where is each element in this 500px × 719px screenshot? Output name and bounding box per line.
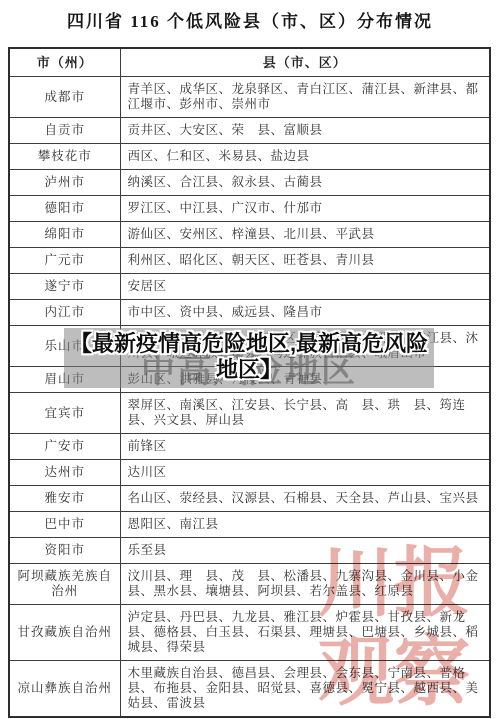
counties-cell: 前锋区: [120, 434, 490, 460]
counties-cell: 翠屏区、南溪区、江安县、长宁县、高 县、珙 县、筠连县、兴文县、屏山县: [120, 393, 490, 434]
city-cell: 泸州市: [9, 170, 120, 196]
table-row: 广安市 前锋区: [9, 434, 490, 460]
counties-cell: 西区、仁和区、米易县、盐边县: [120, 144, 490, 170]
counties-cell: 青羊区、成华区、龙泉驿区、青白江区、蒲江县、新津县、都江堰市、彭州市、崇州市: [120, 77, 490, 118]
watermark-overlay: 中高风险地区 【最新疫情高危险地区,最新高危风险 地区】: [64, 328, 434, 388]
city-cell: 绵阳市: [9, 222, 120, 248]
counties-cell: 乐至县: [120, 538, 490, 564]
header-city-column: 市（州）: [9, 48, 120, 77]
city-cell: 内江市: [9, 300, 120, 326]
city-cell: 巴中市: [9, 512, 120, 538]
table-row: 阿坝藏族羌族自治州 汶川县、理 县、茂 县、松潘县、九寨沟县、金川县、小金县、黑…: [9, 564, 490, 605]
table-row: 雅安市 名山区、荥经县、汉源县、石棉县、天全县、芦山县、宝兴县: [9, 486, 490, 512]
counties-cell: 安居区: [120, 274, 490, 300]
city-cell: 自贡市: [9, 118, 120, 144]
header-counties-column: 县（市、区）: [120, 48, 490, 77]
watermark-text-line1: 【最新疫情高危险地区,最新高危风险: [64, 331, 434, 357]
table-row: 资阳市 乐至县: [9, 538, 490, 564]
table-row: 凉山彝族自治州 木里藏族自治县、德昌县、会理县、会东县、宁南县、普格县、布拖县、…: [9, 661, 490, 718]
city-cell: 广元市: [9, 248, 120, 274]
counties-cell: 市中区、资中县、威远县、隆昌市: [120, 300, 490, 326]
city-cell: 成都市: [9, 77, 120, 118]
counties-cell: 罗江区、中江县、广汉市、什邡市: [120, 196, 490, 222]
city-cell: 凉山彝族自治州: [9, 661, 120, 718]
table-row: 成都市 青羊区、成华区、龙泉驿区、青白江区、蒲江县、新津县、都江堰市、彭州市、崇…: [9, 77, 490, 118]
city-cell: 资阳市: [9, 538, 120, 564]
watermark-text-line2: 地区】: [64, 357, 434, 383]
table-row: 巴中市 恩阳区、南江县: [9, 512, 490, 538]
city-cell: 宜宾市: [9, 393, 120, 434]
table-row: 达州市 达川区: [9, 460, 490, 486]
table-row: 攀枝花市 西区、仁和区、米易县、盐边县: [9, 144, 490, 170]
city-cell: 广安市: [9, 434, 120, 460]
table-row: 泸州市 纳溪区、合江县、叙永县、古蔺县: [9, 170, 490, 196]
document-page: 四川省 116 个低风险县（市、区）分布情况 市（州） 县（市、区） 成都市 青…: [0, 0, 500, 719]
table-row: 自贡市 贡井区、大安区、荣 县、富顺县: [9, 118, 490, 144]
counties-cell: 达川区: [120, 460, 490, 486]
city-cell: 雅安市: [9, 486, 120, 512]
counties-cell: 汶川县、理 县、茂 县、松潘县、九寨沟县、金川县、小金县、黑水县、壤塘县、阿坝县…: [120, 564, 490, 605]
counties-cell: 贡井区、大安区、荣 县、富顺县: [120, 118, 490, 144]
counties-cell: 木里藏族自治县、德昌县、会理县、会东县、宁南县、普格县、布拖县、金阳县、昭觉县、…: [120, 661, 490, 718]
page-title: 四川省 116 个低风险县（市、区）分布情况: [0, 7, 500, 32]
counties-cell: 恩阳区、南江县: [120, 512, 490, 538]
table-row: 甘孜藏族自治州 泸定县、丹巴县、九龙县、雅江县、炉霍县、甘孜县、新龙县、德格县、…: [9, 605, 490, 661]
counties-cell: 纳溪区、合江县、叙永县、古蔺县: [120, 170, 490, 196]
city-cell: 遂宁市: [9, 274, 120, 300]
city-cell: 达州市: [9, 460, 120, 486]
table-row: 宜宾市 翠屏区、南溪区、江安县、长宁县、高 县、珙 县、筠连县、兴文县、屏山县: [9, 393, 490, 434]
table-row: 绵阳市 游仙区、安州区、梓潼县、北川县、平武县: [9, 222, 490, 248]
counties-cell: 游仙区、安州区、梓潼县、北川县、平武县: [120, 222, 490, 248]
table-row: 德阳市 罗江区、中江县、广汉市、什邡市: [9, 196, 490, 222]
table-body: 成都市 青羊区、成华区、龙泉驿区、青白江区、蒲江县、新津县、都江堰市、彭州市、崇…: [9, 77, 490, 718]
city-cell: 甘孜藏族自治州: [9, 605, 120, 661]
table-row: 广元市 利州区、昭化区、朝天区、旺苍县、青川县: [9, 248, 490, 274]
table-row: 内江市 市中区、资中县、威远县、隆昌市: [9, 300, 490, 326]
city-cell: 德阳市: [9, 196, 120, 222]
table-header-row: 市（州） 县（市、区）: [9, 48, 490, 77]
counties-cell: 泸定县、丹巴县、九龙县、雅江县、炉霍县、甘孜县、新龙县、德格县、白玉县、石渠县、…: [120, 605, 490, 661]
counties-cell: 利州区、昭化区、朝天区、旺苍县、青川县: [120, 248, 490, 274]
counties-cell: 名山区、荥经县、汉源县、石棉县、天全县、芦山县、宝兴县: [120, 486, 490, 512]
table-row: 遂宁市 安居区: [9, 274, 490, 300]
city-cell: 攀枝花市: [9, 144, 120, 170]
city-cell: 阿坝藏族羌族自治州: [9, 564, 120, 605]
